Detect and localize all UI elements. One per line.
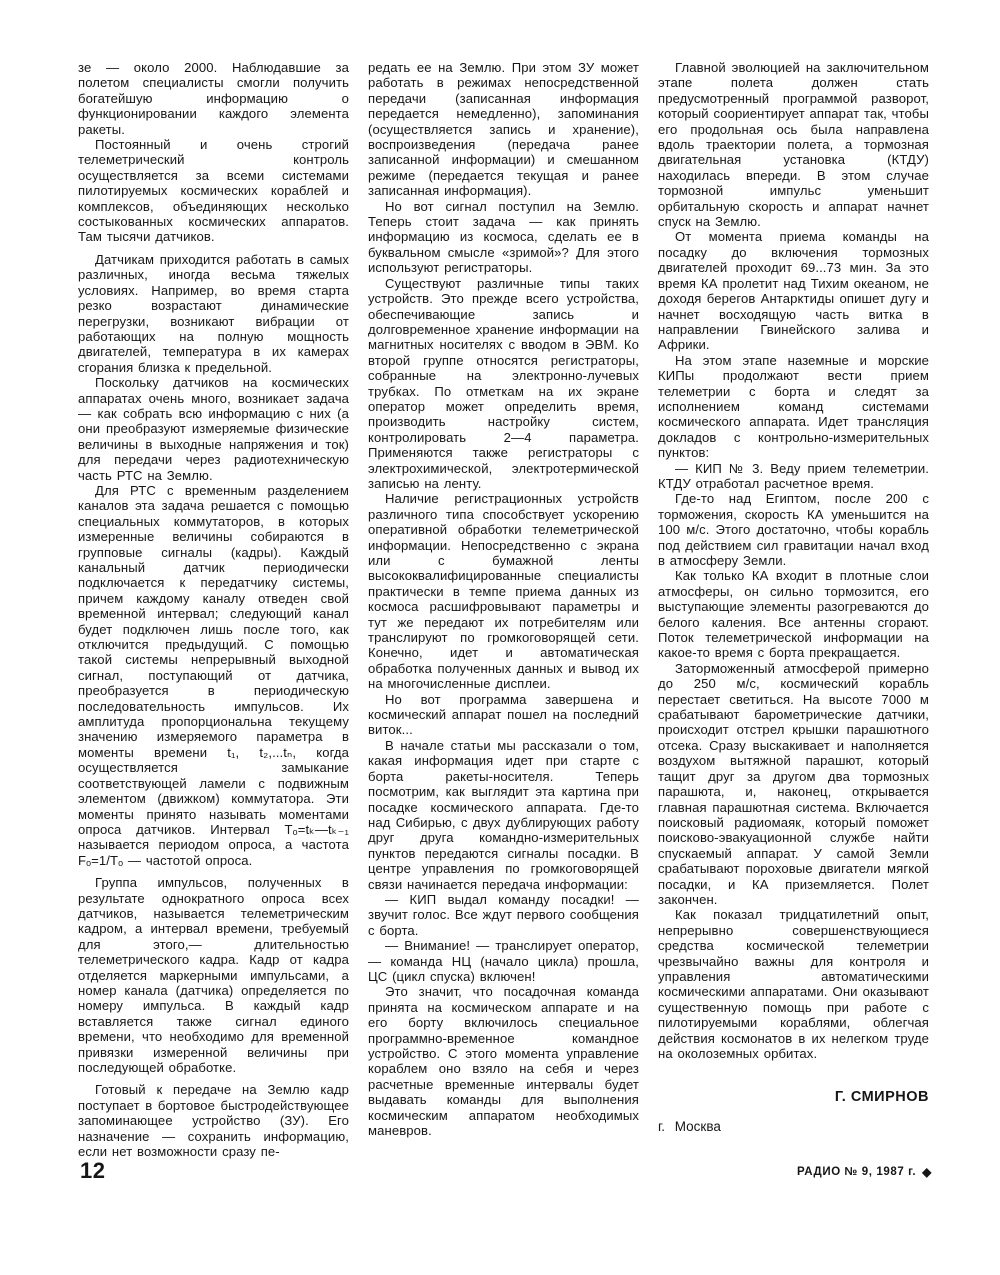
paragraph: Постоянный и очень строгий телеметрическ…	[78, 137, 349, 245]
paragraph: зе — около 2000. Наблюдавшие за полетом …	[78, 60, 349, 137]
paragraph: Как только КА входит в плотные слои атмо…	[658, 568, 929, 660]
paragraph: Но вот сигнал поступил на Землю. Теперь …	[368, 199, 639, 276]
column-3: Главной эволюцией на заключительном этап…	[658, 60, 929, 1159]
diamond-icon: ◆	[922, 1166, 932, 1178]
paragraph: Готовый к передаче на Землю кадр поступа…	[78, 1082, 349, 1159]
paragraph: От момента приема команды на посадку до …	[658, 229, 929, 352]
paragraph: В начале статьи мы рассказали о том, как…	[368, 738, 639, 892]
paragraph: Датчикам приходится работать в самых раз…	[78, 252, 349, 375]
paragraph: Но вот программа завершена и космический…	[368, 692, 639, 738]
author-signature: Г. СМИРНОВ	[658, 1089, 929, 1105]
column-2: редать ее на Землю. При этом ЗУ может ра…	[368, 60, 639, 1159]
magazine-footer: РАДИО № 9, 1987 г. ◆	[797, 1166, 932, 1178]
paragraph: Группа импульсов, полученных в результат…	[78, 875, 349, 1075]
paragraph: Для РТС с временным разделением каналов …	[78, 483, 349, 868]
author-location: г. Москва	[658, 1119, 929, 1134]
paragraph: — Внимание! — транслирует оператор,— ком…	[368, 938, 639, 984]
article-body: зе — около 2000. Наблюдавшие за полетом …	[78, 60, 930, 1159]
paragraph: редать ее на Землю. При этом ЗУ может ра…	[368, 60, 639, 199]
paragraph: Наличие регистрационных устройств различ…	[368, 491, 639, 691]
paragraph: Как показал тридцатилетний опыт, непреры…	[658, 907, 929, 1061]
paragraph: Заторможенный атмосферой примерно до 250…	[658, 661, 929, 908]
paragraph: На этом этапе наземные и морские КИПы пр…	[658, 353, 929, 461]
paragraph: Это значит, что посадочная команда приня…	[368, 984, 639, 1138]
column-1: зе — около 2000. Наблюдавшие за полетом …	[78, 60, 349, 1159]
magazine-page: зе — около 2000. Наблюдавшие за полетом …	[0, 0, 1000, 1275]
paragraph: Где-то над Египтом, после 200 с торможен…	[658, 491, 929, 568]
paragraph: Главной эволюцией на заключительном этап…	[658, 60, 929, 229]
page-number: 12	[80, 1158, 105, 1184]
magazine-issue-label: РАДИО № 9, 1987 г.	[797, 1166, 916, 1178]
paragraph: — КИП № 3. Веду прием телеметрии. КТДУ о…	[658, 461, 929, 492]
paragraph: Поскольку датчиков на космических аппара…	[78, 375, 349, 483]
paragraph: — КИП выдал команду посадки! — звучит го…	[368, 892, 639, 938]
paragraph: Существуют различные типы таких устройст…	[368, 276, 639, 492]
